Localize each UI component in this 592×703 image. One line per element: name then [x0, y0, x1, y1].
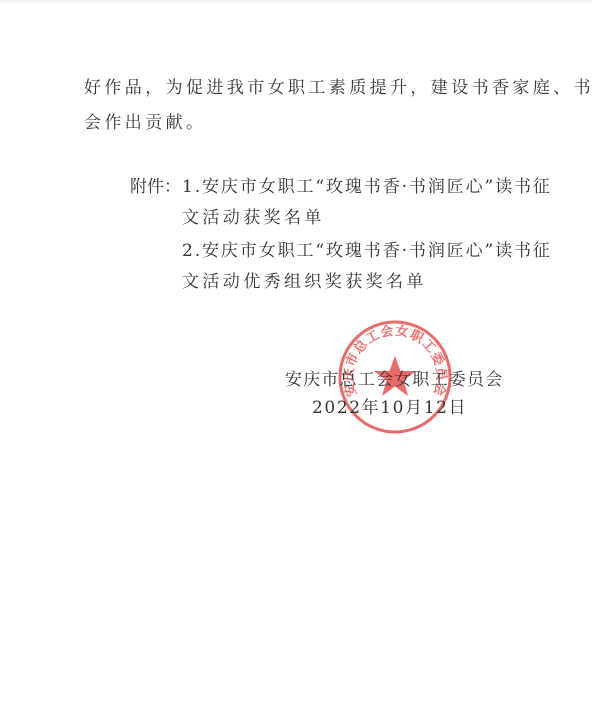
attachment-1-line-1: 1.安庆市女职工“玫瑰书香·书润匠心”读书征 [182, 177, 552, 197]
signature-date: 2022年10月12日 [312, 398, 467, 418]
attachment-2-line-1: 2.安庆市女职工“玫瑰书香·书润匠心”读书征 [182, 241, 552, 261]
body-line-1: 好作品，为促进我市女职工素质提升，建设书香家庭、书香社 [84, 78, 592, 98]
ghost-text [165, 293, 480, 313]
signature-organization: 安庆市总工会女职工委员会 [285, 370, 503, 390]
attachments-label: 附件： [130, 177, 181, 197]
document-page: 好作品，为促进我市女职工素质提升，建设书香家庭、书香社 会作出贡献。 附件： 1… [0, 0, 592, 703]
page-top-edge [0, 0, 592, 4]
attachment-1-line-2: 文活动获奖名单 [182, 208, 325, 228]
body-line-2: 会作出贡献。 [84, 113, 206, 133]
attachment-2-line-2: 文活动优秀组织奖获奖名单 [182, 272, 427, 292]
